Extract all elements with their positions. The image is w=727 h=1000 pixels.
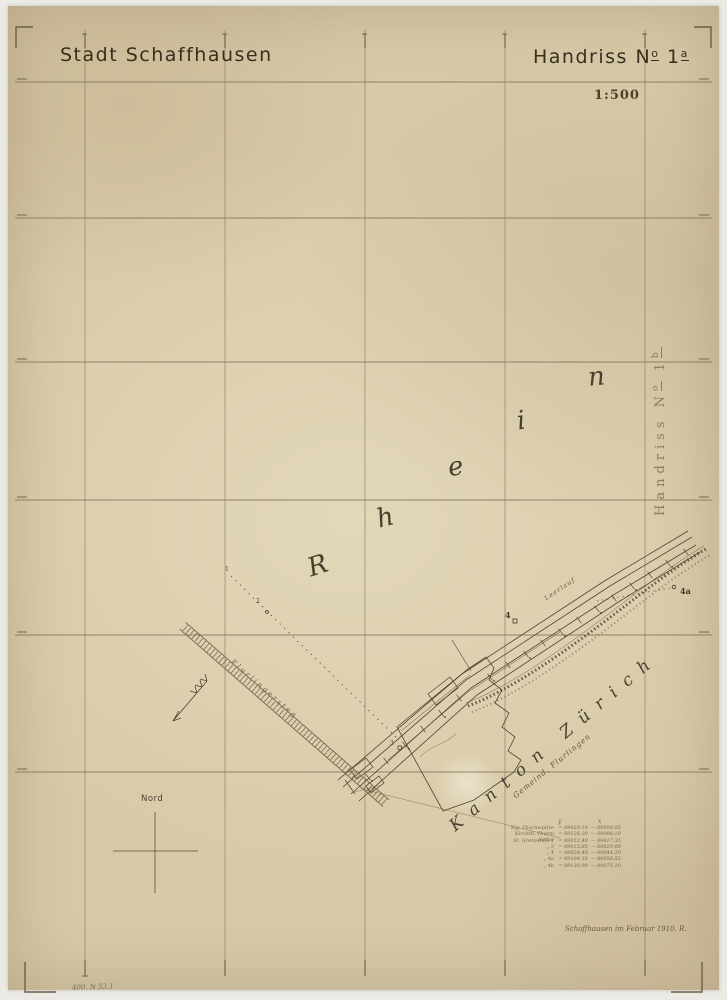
dash-sign: — bbox=[590, 856, 597, 862]
dash-sign: — bbox=[590, 825, 597, 831]
dash-sign: — bbox=[590, 831, 597, 837]
row-label: Sig. Thurmspitze bbox=[498, 825, 557, 831]
bank-hachures bbox=[466, 546, 710, 712]
neighbour-sheet-digit: 1 bbox=[653, 358, 668, 371]
sheet-number-n: N bbox=[635, 46, 651, 68]
row-y: 89126.30 bbox=[564, 831, 590, 837]
sheet-number-sup-o: o bbox=[651, 47, 659, 61]
river-letter-n: n bbox=[587, 361, 606, 392]
point-3-label: 3 bbox=[390, 740, 394, 747]
neighbour-sheet-label: Handriss No 1b bbox=[652, 347, 668, 516]
sheet-number-word: Handriss bbox=[533, 46, 628, 68]
row-y: 89020.10 bbox=[564, 825, 590, 831]
sheet-number-sup-a: a bbox=[681, 47, 689, 61]
sheet-title: Stadt Schaffhausen bbox=[60, 44, 273, 66]
point-4a-marker bbox=[672, 585, 676, 589]
scale-label: 1:500 bbox=[594, 88, 640, 103]
point-4a-label: 4a bbox=[680, 586, 691, 596]
row-x: 89075.10 bbox=[597, 863, 623, 869]
col-x-header: x bbox=[598, 818, 601, 825]
dash-sign: — bbox=[590, 850, 597, 856]
eq-sign: = bbox=[557, 863, 564, 869]
eq-sign: = bbox=[557, 856, 564, 862]
eq-sign: = bbox=[557, 850, 564, 856]
row-label: „ 3 bbox=[498, 844, 557, 850]
row-x: 89008.10 bbox=[597, 831, 623, 837]
row-label: „ 4b bbox=[498, 863, 557, 869]
archive-note: 400. N 53.1 bbox=[72, 982, 114, 991]
row-y: 89012.40 bbox=[564, 838, 590, 844]
date-note: Schaffhausen im Februar 1910. R. bbox=[565, 925, 687, 933]
eq-sign: = bbox=[557, 844, 564, 850]
flow-arrow bbox=[173, 674, 207, 721]
table-row: „ 4b=89138.90—89075.10 bbox=[498, 863, 658, 869]
row-y: 89015.85 bbox=[564, 844, 590, 850]
north-label: Nord bbox=[141, 794, 163, 804]
row-x: 89044.20 bbox=[597, 850, 623, 856]
neighbour-sheet-word: Handriss bbox=[653, 417, 668, 517]
dash-sign: — bbox=[590, 838, 597, 844]
neighbour-sheet-sup-b: b bbox=[651, 347, 662, 358]
sheet-number-title: Handriss No 1a bbox=[533, 46, 689, 68]
point-2-label: 2 bbox=[256, 598, 260, 605]
dash-sign: — bbox=[590, 863, 597, 869]
row-label: St. Grenzstein 1 bbox=[498, 838, 557, 844]
row-x: 89017.35 bbox=[597, 838, 623, 844]
point-4-marker bbox=[513, 619, 517, 623]
scanned-map-sheet: Stadt Schaffhausen Handriss No 1a 1:500 … bbox=[0, 0, 727, 1000]
col-y-header: y bbox=[558, 818, 561, 825]
edge-number-smudges bbox=[17, 79, 709, 769]
eq-sign: = bbox=[557, 838, 564, 844]
dash-sign: — bbox=[590, 844, 597, 850]
eq-sign: = bbox=[557, 825, 564, 831]
parcel-name-squiggle bbox=[420, 734, 456, 757]
row-label: „ 4 bbox=[498, 850, 557, 856]
north-cross bbox=[113, 812, 198, 893]
row-x: 89000.05 bbox=[597, 825, 623, 831]
point-4-label: 4 bbox=[505, 610, 511, 620]
sheet-number-digit: 1 bbox=[667, 46, 681, 68]
point-1-label: 1 bbox=[225, 566, 229, 573]
neighbour-sheet-n: N bbox=[653, 391, 668, 407]
coordinate-table: y x Sig. Thurmspitze=89020.10—89000.05 K… bbox=[498, 818, 658, 869]
row-y: 89138.90 bbox=[564, 863, 590, 869]
row-x: 89056.55 bbox=[597, 856, 623, 862]
row-y: 89104.35 bbox=[564, 856, 590, 862]
row-x: 89029.60 bbox=[597, 844, 623, 850]
row-label: „ 4a bbox=[498, 856, 557, 862]
eq-sign: = bbox=[557, 831, 564, 837]
row-y: 89038.40 bbox=[564, 850, 590, 856]
neighbour-sheet-sup-o: o bbox=[651, 381, 662, 391]
coordinate-table-header: y x bbox=[498, 818, 658, 825]
